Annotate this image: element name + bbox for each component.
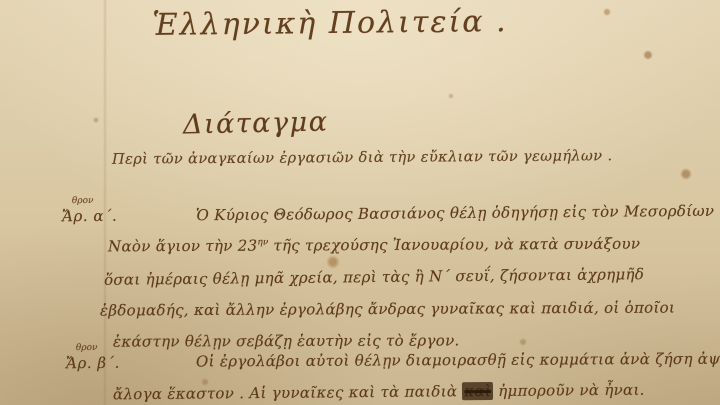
manuscript-page: Ἑλληνικὴ Πολιτεία . Διάταγμα Περὶ τῶν ἀν… [0,0,720,405]
article-2-label: θρον Ἄρ. β´. [66,354,120,372]
article-1-line-2: Ναὸν ἅγιον τὴν 23ην τῆς τρεχούσης Ἰανουα… [108,235,640,256]
article-2-struck-word: καὶ [462,382,493,400]
article-2-label-text: Ἄρ. β´. [66,354,120,372]
article-2-label-superscript: θρον [76,343,98,353]
article-1-label-text: Ἄρ. α´. [62,207,117,225]
article-1-line-1: Ὁ Κύριος Θεόδωρος Βασσιάνος θέλῃ ὁδηγήσῃ… [196,202,714,225]
article-2-line-2-pre: ἄλογα ἕκαστον . Αἱ γυναῖκες καὶ τὰ παιδι… [113,382,463,403]
article-2-line-1: Οἱ ἐργολάβοι αὐτοὶ θέλῃν διαμοιρασθῇ εἰς… [196,350,720,371]
article-2-line-2-post: ἠμποροῦν νὰ ἦναι. [493,381,645,400]
article-1-label-superscript: θρον [72,196,94,206]
article-1-line-3: ὅσαι ἡμέραις θέλῃ μηᾶ χρεία, περὶ τὰς ἢ … [104,265,644,289]
decree-heading: Διάταγμα [183,106,329,140]
article-1-line-4: ἑβδομαδής, καὶ ἄλλην ἐργολάβης ἄνδρας γυ… [100,298,675,319]
article-1-line-2-pre: Ναὸν ἅγιον τὴν 23 [108,237,258,256]
article-1-line-2-superscript: ην [257,238,268,248]
article-1-line-2-post: τῆς τρεχούσης Ἰανουαρίου, νὰ κατὰ συνάξο… [268,235,640,255]
document-title: Ἑλληνικὴ Πολιτεία . [150,4,510,43]
article-1-label: θρον Ἄρ. α´. [62,207,117,225]
article-1-line-5: ἑκάστην θέλῃν σεβάζῃ ἑαυτὴν εἰς τὸ ἔργον… [113,331,460,350]
decree-subtitle: Περὶ τῶν ἀναγκαίων ἐργασιῶν διὰ τὴν εὔκλ… [112,148,613,167]
article-2-line-2: ἄλογα ἕκαστον . Αἱ γυναῖκες καὶ τὰ παιδι… [113,381,645,404]
